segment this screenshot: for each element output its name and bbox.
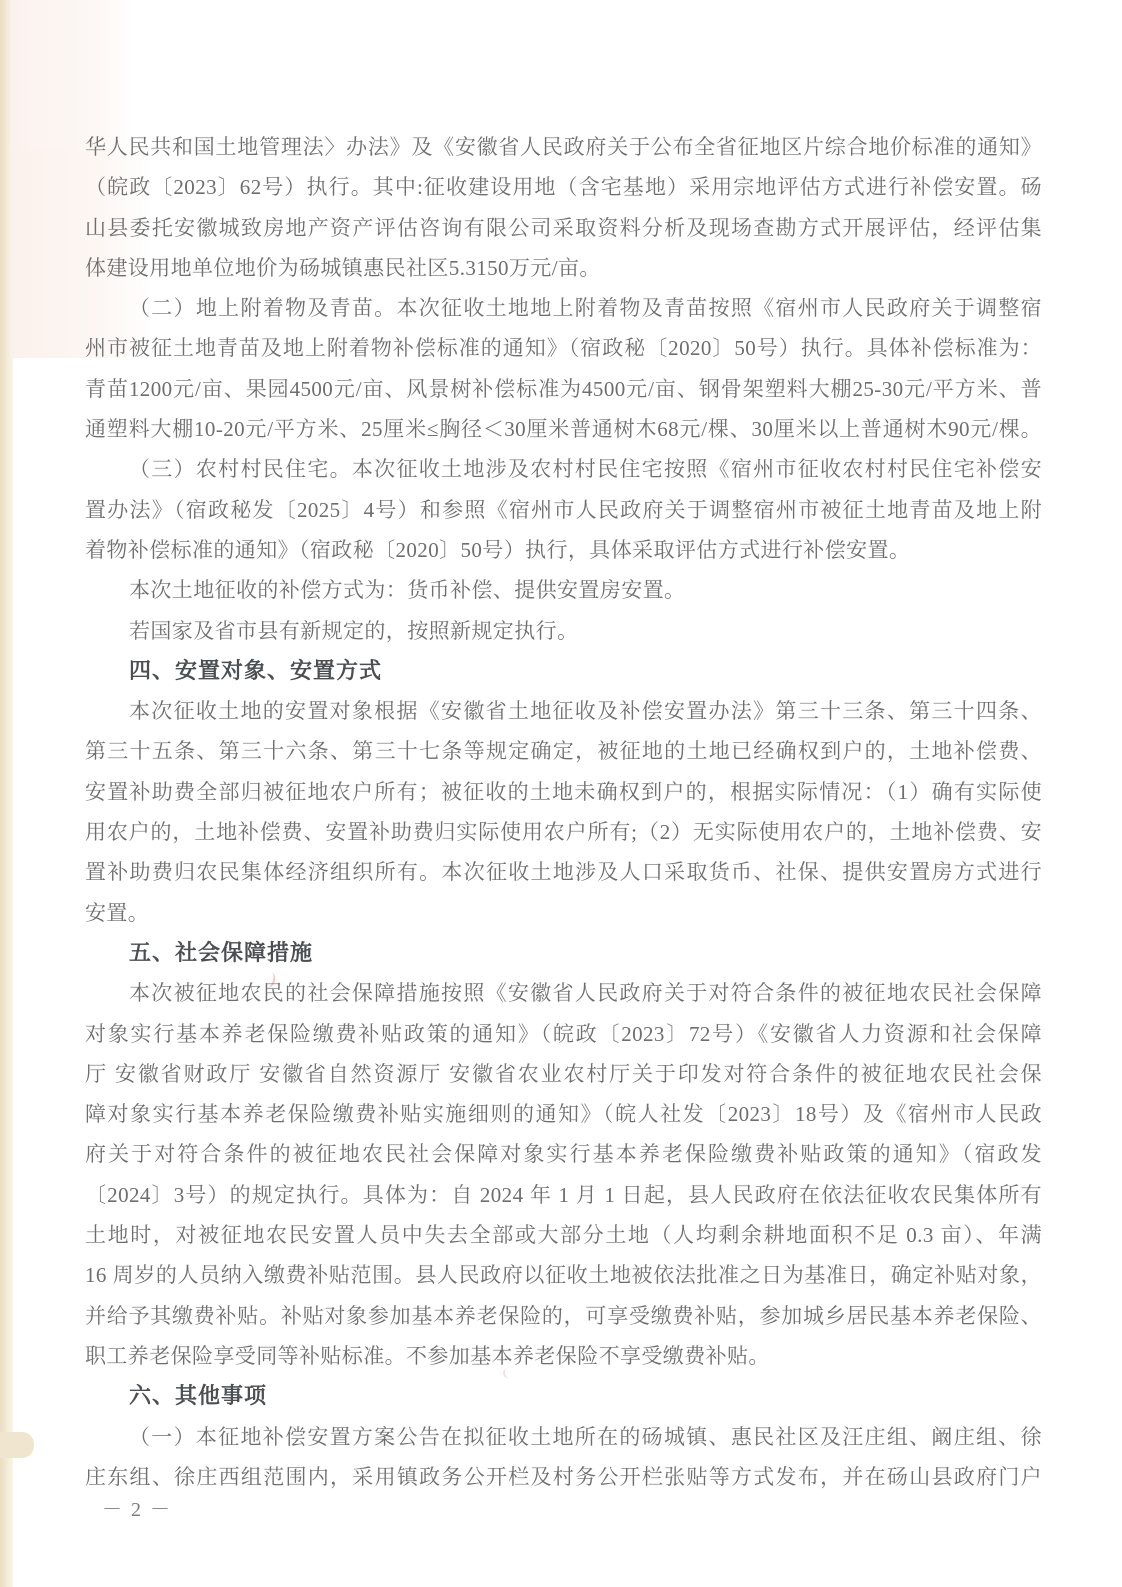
text-line: 庄东组、徐庄西组范围内，采用镇政务公开栏及村务公开栏张贴等方式发布，并在砀山县政…	[85, 1457, 1042, 1497]
text-line: 职工养老保险享受同等补贴标准。不参加基本养老保险不享受缴费补贴。	[85, 1336, 1042, 1376]
scanned-document-page: { "page": { "background_color": "#ffffff…	[0, 0, 1122, 1587]
text-line: 本次被征地农民的社会保障措施按照《安徽省人民政府关于对符合条件的被征地农民社会保…	[85, 973, 1042, 1013]
text-line: 16 周岁的人员纳入缴费补贴范围。县人民政府以征收土地被依法批准之日为基准日，确…	[85, 1255, 1042, 1295]
section-heading: 五、社会保障措施	[85, 933, 1042, 973]
text-line: 用农户的，土地补偿费、安置补助费归实际使用农户所有;（2）无实际使用农户的，土地…	[85, 812, 1042, 852]
section-heading: 六、其他事项	[85, 1376, 1042, 1416]
text-line: （三）农村村民住宅。本次征收土地涉及农村村民住宅按照《宿州市征收农村村民住宅补偿…	[85, 449, 1042, 489]
text-line: 对象实行基本养老保险缴费补贴政策的通知》（皖政〔2023〕72号）《安徽省人力资…	[85, 1014, 1042, 1054]
text-line: 安置。	[85, 893, 1042, 933]
text-line: 府关于对符合条件的被征地农民社会保障对象实行基本养老保险缴费补贴政策的通知》（宿…	[85, 1134, 1042, 1174]
text-line: 障对象实行基本养老保险缴费补贴实施细则的通知》（皖人社发〔2023〕18号）及《…	[85, 1094, 1042, 1134]
text-line: 若国家及省市县有新规定的，按照新规定执行。	[85, 611, 1042, 651]
text-line: 厅 安徽省财政厅 安徽省自然资源厅 安徽省农业农村厅关于印发对符合条件的被征地农…	[85, 1054, 1042, 1094]
text-line: 〔2024〕3号）的规定执行。具体为：自 2024 年 1 月 1 日起，县人民…	[85, 1175, 1042, 1215]
section-heading: 四、安置对象、安置方式	[85, 651, 1042, 691]
text-line: 安置补助费全部归被征地农户所有；被征收的土地未确权到户的，根据实际情况：（1）确…	[85, 772, 1042, 812]
text-line: 并给予其缴费补贴。补贴对象参加基本养老保险的，可享受缴费补贴，参加城乡居民基本养…	[85, 1296, 1042, 1336]
text-line: 第三十五条、第三十六条、第三十七条等规定确定，被征地的土地已经确权到户的，土地补…	[85, 731, 1042, 771]
text-line: 华人民共和国土地管理法〉办法》及《安徽省人民政府关于公布全省征地区片综合地价标准…	[85, 127, 1042, 167]
text-line: 置办法》（宿政秘发〔2025〕4号）和参照《宿州市人民政府关于调整宿州市被征土地…	[85, 490, 1042, 530]
text-line: 青苗1200元/亩、果园4500元/亩、风景树补偿标准为4500元/亩、钢骨架塑…	[85, 369, 1042, 409]
text-line: 置补助费归农民集体经济组织所有。本次征收土地涉及人口采取货币、社保、提供安置房方…	[85, 852, 1042, 892]
text-line: 山县委托安徽城致房地产资产评估咨询有限公司采取资料分析及现场查勘方式开展评估，经…	[85, 208, 1042, 248]
text-line: 体建设用地单位地价为砀城镇惠民社区5.3150万元/亩。	[85, 248, 1042, 288]
text-line: 本次征收土地的安置对象根据《安徽省土地征收及补偿安置办法》第三十三条、第三十四条…	[85, 691, 1042, 731]
text-line: （皖政〔2023〕62号）执行。其中:征收建设用地（含宅基地）采用宗地评估方式进…	[85, 167, 1042, 207]
scan-edge-bump	[0, 1432, 34, 1458]
text-line: 通塑料大棚10-20元/平方米、25厘米≤胸径＜30厘米普通树木68元/棵、30…	[85, 409, 1042, 449]
text-line: 州市被征土地青苗及地上附着物补偿标准的通知》（宿政秘〔2020〕50号）执行。具…	[85, 328, 1042, 368]
text-line: 着物补偿标准的通知》（宿政秘〔2020〕50号）执行，具体采取评估方式进行补偿安…	[85, 530, 1042, 570]
document-lines: 华人民共和国土地管理法〉办法》及《安徽省人民政府关于公布全省征地区片综合地价标准…	[85, 127, 1042, 1497]
text-line: （一）本征地补偿安置方案公告在拟征收土地所在的砀城镇、惠民社区及汪庄组、阚庄组、…	[85, 1417, 1042, 1457]
text-line: 土地时，对被征地农民安置人员中失去全部或大部分土地（人均剩余耕地面积不足 0.3…	[85, 1215, 1042, 1255]
page-number: － 2 －	[102, 1490, 172, 1530]
text-line: （二）地上附着物及青苗。本次征收土地地上附着物及青苗按照《宿州市人民政府关于调整…	[85, 288, 1042, 328]
text-line: 本次土地征收的补偿方式为：货币补偿、提供安置房安置。	[85, 570, 1042, 610]
